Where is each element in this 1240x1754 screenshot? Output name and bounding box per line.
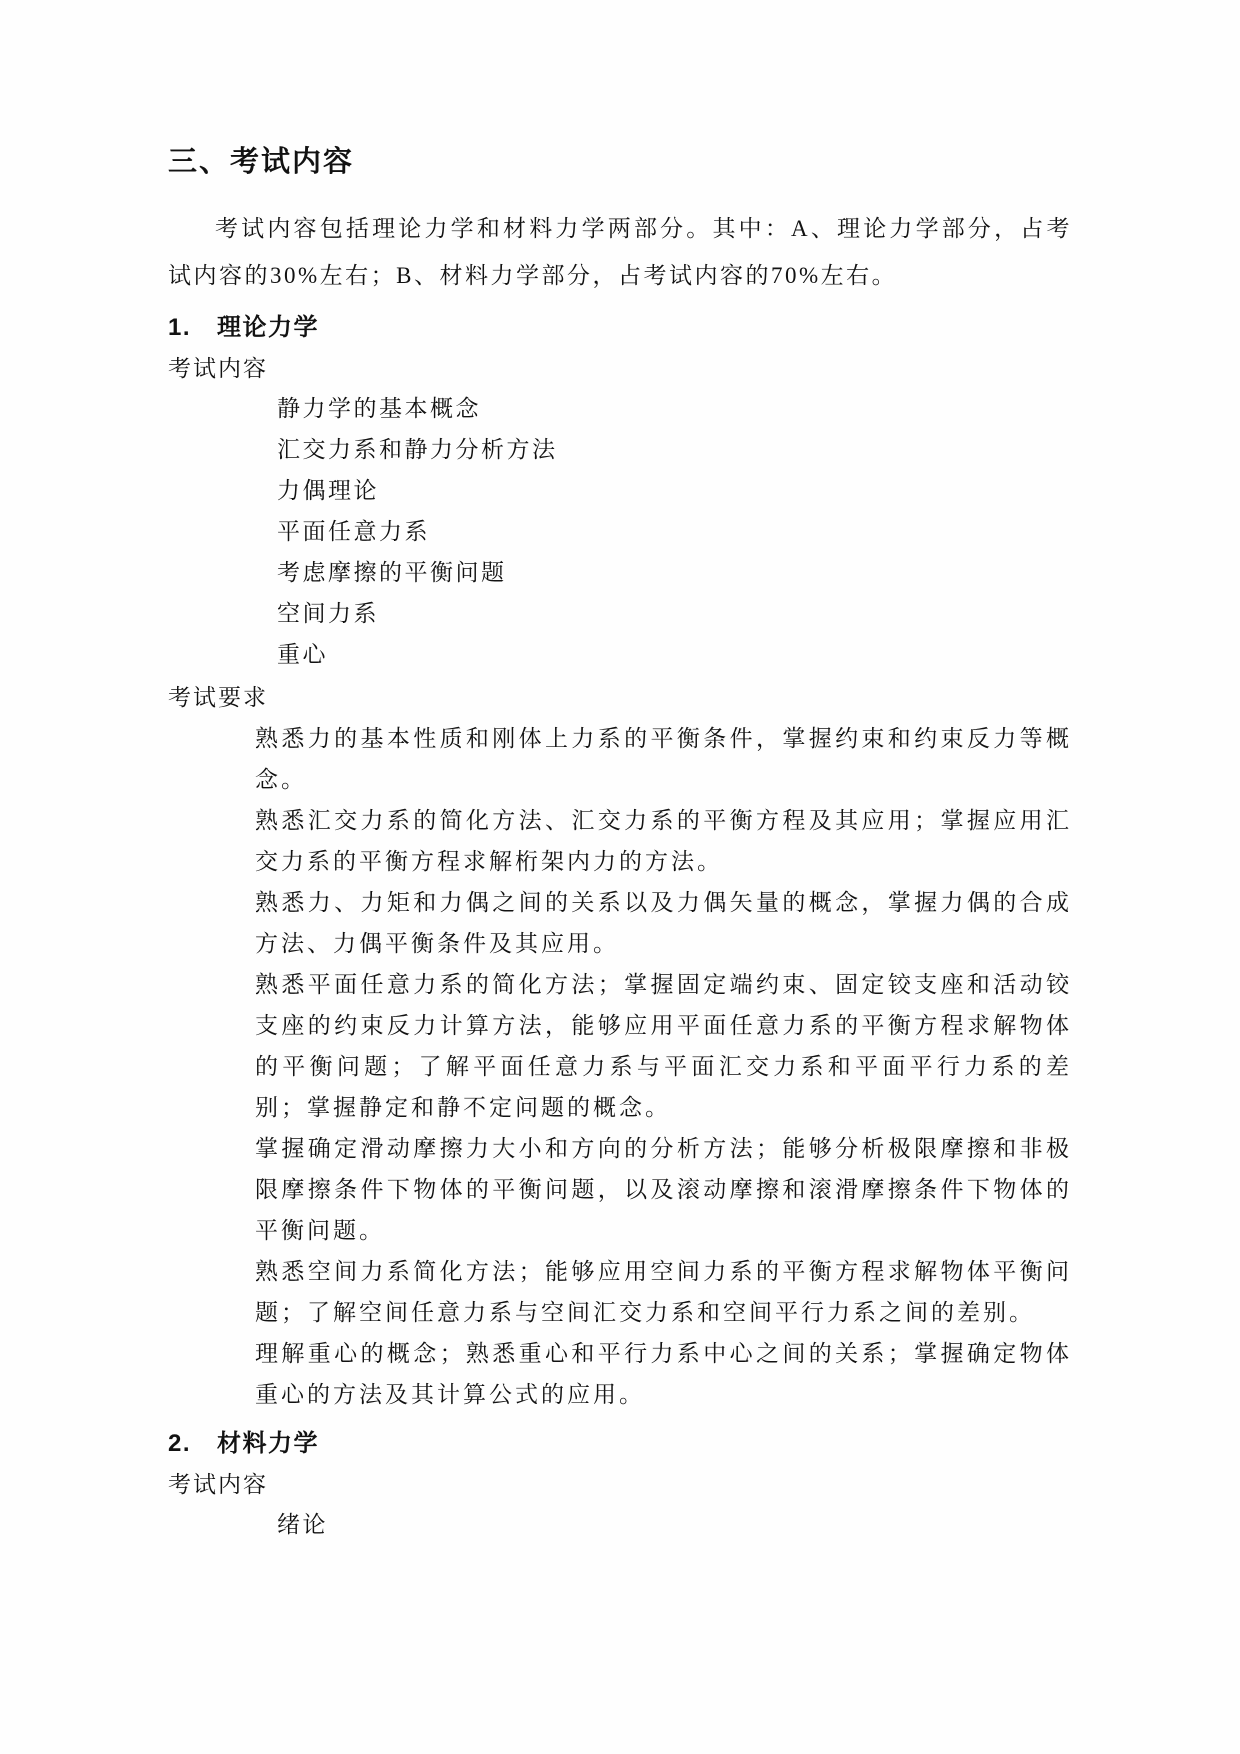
requirement-paragraph: 熟悉力、力矩和力偶之间的关系以及力偶矢量的概念，掌握力偶的合成方法、力偶平衡条件… <box>255 882 1072 964</box>
requirement-paragraph: 熟悉汇交力系的简化方法、汇交力系的平衡方程及其应用；掌握应用汇交力系的平衡方程求… <box>255 800 1072 882</box>
requirement-paragraph: 理解重心的概念；熟悉重心和平行力系中心之间的关系；掌握确定物体重心的方法及其计算… <box>255 1333 1072 1415</box>
section-1-heading: 1. 理论力学 <box>168 312 1072 344</box>
topic-item: 平面任意力系 <box>277 511 1072 552</box>
topic-item: 空间力系 <box>277 593 1072 634</box>
section-2-title: 材料力学 <box>217 1429 319 1460</box>
topic-item: 考虑摩擦的平衡问题 <box>277 552 1072 593</box>
document-heading: 三、考试内容 <box>168 145 1072 179</box>
section-theoretical-mechanics: 1. 理论力学 考试内容 静力学的基本概念 汇交力系和静力分析方法 力偶理论 平… <box>168 312 1072 1415</box>
topic-item: 绪论 <box>277 1504 1072 1545</box>
requirement-paragraph: 掌握确定滑动摩擦力大小和方向的分析方法；能够分析极限摩擦和非极限摩擦条件下物体的… <box>255 1128 1072 1251</box>
section-2-topic-list: 绪论 <box>168 1504 1072 1545</box>
document-page: 三、考试内容 考试内容包括理论力学和材料力学两部分。其中：A、理论力学部分，占考… <box>0 0 1240 1754</box>
intro-paragraph: 考试内容包括理论力学和材料力学两部分。其中：A、理论力学部分，占考试内容的30%… <box>168 205 1072 299</box>
requirement-paragraph: 熟悉平面任意力系的简化方法；掌握固定端约束、固定铰支座和活动铰支座的约束反力计算… <box>255 964 1072 1128</box>
section-1-requirements-label: 考试要求 <box>168 677 1072 718</box>
section-1-title: 理论力学 <box>217 313 319 344</box>
section-1-number: 1. <box>168 312 191 343</box>
topic-item: 静力学的基本概念 <box>277 388 1072 429</box>
topic-item: 重心 <box>277 634 1072 675</box>
section-1-topic-list: 静力学的基本概念 汇交力系和静力分析方法 力偶理论 平面任意力系 考虑摩擦的平衡… <box>168 388 1072 675</box>
section-2-content-label: 考试内容 <box>168 1469 1072 1500</box>
requirement-paragraph: 熟悉力的基本性质和刚体上力系的平衡条件，掌握约束和约束反力等概念。 <box>255 718 1072 800</box>
section-materials-mechanics: 2. 材料力学 考试内容 绪论 <box>168 1428 1072 1545</box>
topic-item: 力偶理论 <box>277 470 1072 511</box>
section-1-content-label: 考试内容 <box>168 353 1072 384</box>
requirement-paragraph: 熟悉空间力系简化方法；能够应用空间力系的平衡方程求解物体平衡问题；了解空间任意力… <box>255 1251 1072 1333</box>
section-2-number: 2. <box>168 1428 191 1459</box>
section-2-heading: 2. 材料力学 <box>168 1428 1072 1460</box>
topic-item: 汇交力系和静力分析方法 <box>277 429 1072 470</box>
